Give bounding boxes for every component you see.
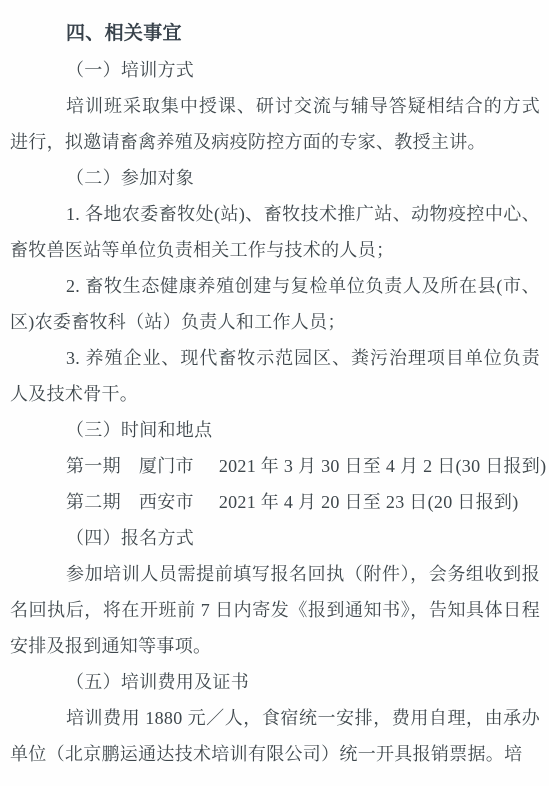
session-2-city: 西安市 (139, 492, 194, 512)
session-2-label: 第二期 (66, 492, 121, 512)
fees-paragraph: 培训费用 1880 元／人，食宿统一安排，费用自理，由承办单位（北京鹏运通达技术… (10, 700, 540, 772)
subsection-title-fees: （五）培训费用及证书 (10, 664, 540, 700)
subsection-title-participants: （二）参加对象 (10, 160, 540, 196)
document-page: 四、相关事宜 （一）培训方式 培训班采取集中授课、研讨交流与辅导答疑相结合的方式… (0, 0, 549, 786)
session-2-dates: 2021 年 4 月 20 日至 23 日(20 日报到) (219, 492, 519, 512)
schedule-row-1: 第一期厦门市2021 年 3 月 30 日至 4 月 2 日(30 日报到) (10, 448, 540, 484)
session-1-dates: 2021 年 3 月 30 日至 4 月 2 日(30 日报到) (219, 456, 547, 476)
subsection-title-training-method: （一）培训方式 (10, 52, 540, 88)
session-1-label: 第一期 (66, 456, 121, 476)
participant-item-3: 3. 养殖企业、现代畜牧示范园区、粪污治理项目单位负责人及技术骨干。 (10, 340, 540, 412)
participant-item-2: 2. 畜牧生态健康养殖创建与复检单位负责人及所在县(市、区)农委畜牧科（站）负责… (10, 268, 540, 340)
schedule-row-2: 第二期西安市2021 年 4 月 20 日至 23 日(20 日报到) (10, 484, 540, 520)
subsection-title-registration: （四）报名方式 (10, 520, 540, 556)
training-method-paragraph: 培训班采取集中授课、研讨交流与辅导答疑相结合的方式进行，拟邀请畜禽养殖及病疫防控… (10, 88, 540, 160)
participant-item-1: 1. 各地农委畜牧处(站)、畜牧技术推广站、动物疫控中心、畜牧兽医站等单位负责相… (10, 196, 540, 268)
registration-paragraph: 参加培训人员需提前填写报名回执（附件），会务组收到报名回执后，将在开班前 7 日… (10, 556, 540, 664)
section-heading: 四、相关事宜 (10, 16, 540, 52)
subsection-title-time-place: （三）时间和地点 (10, 412, 540, 448)
session-1-city: 厦门市 (139, 456, 194, 476)
